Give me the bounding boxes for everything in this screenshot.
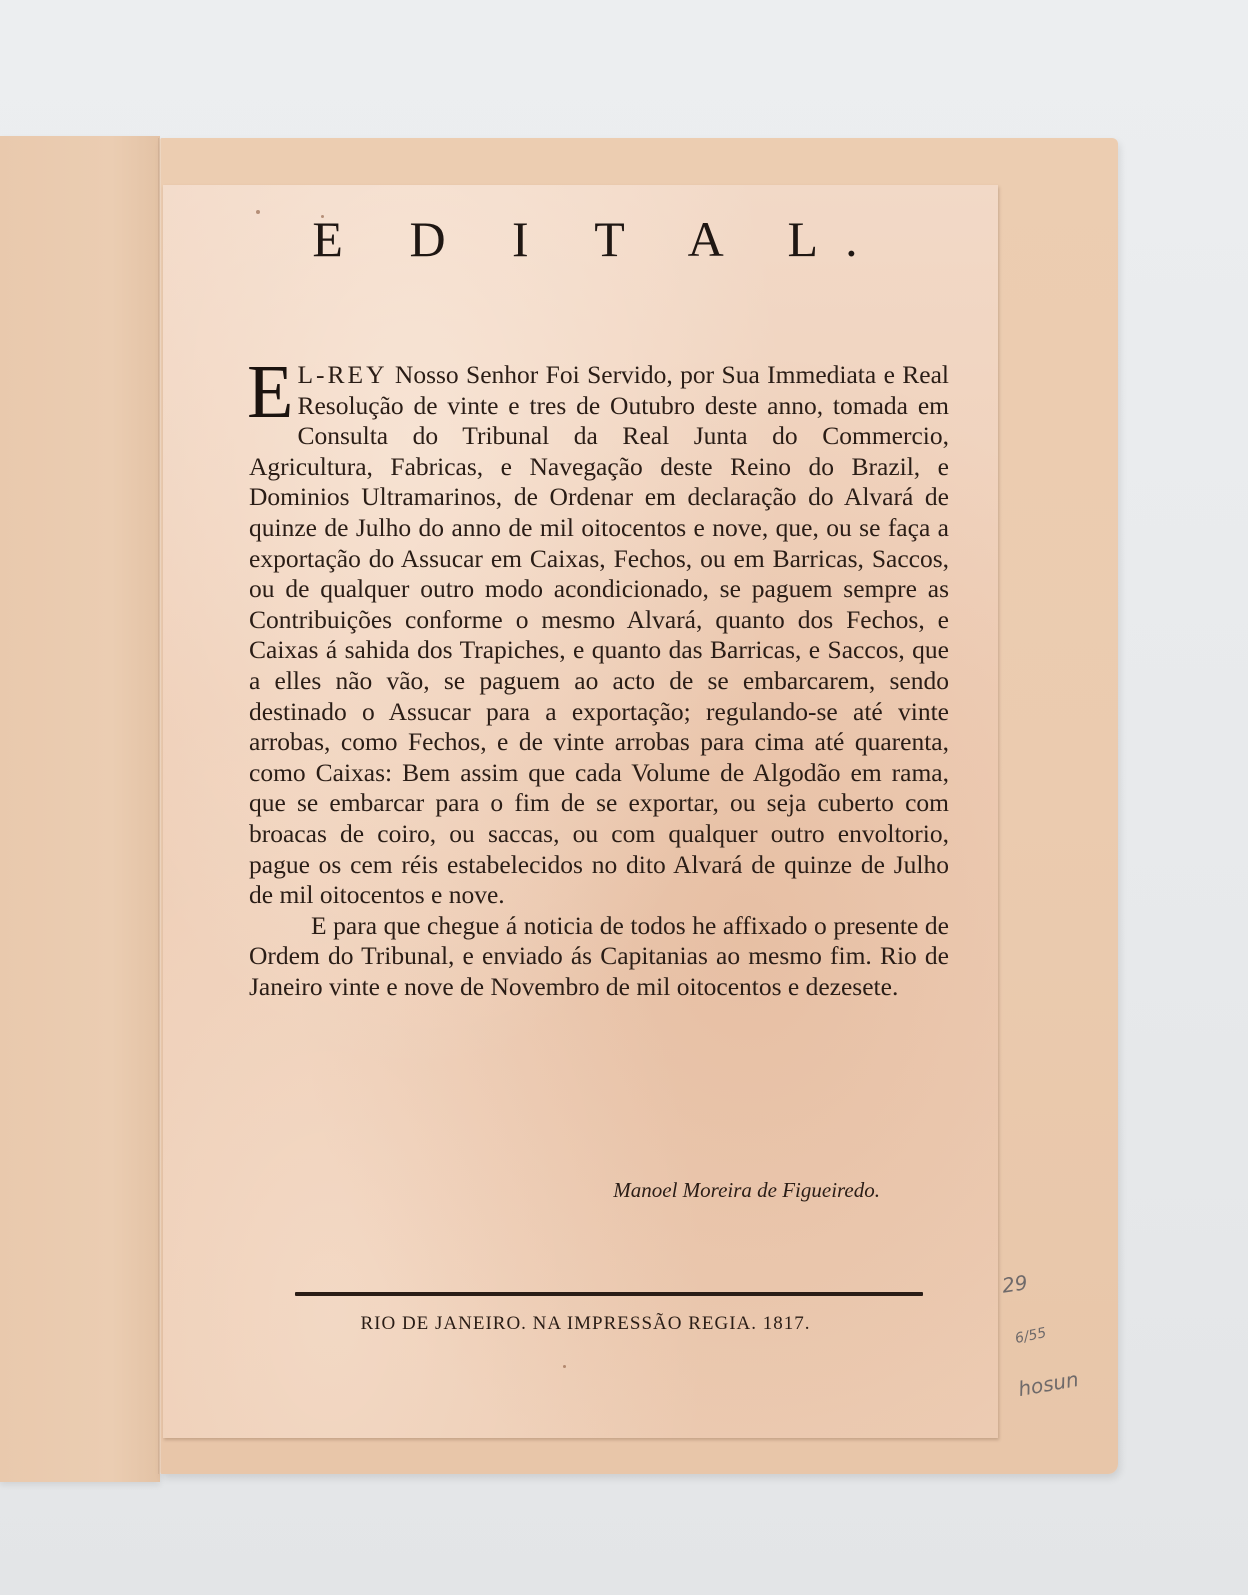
divider-rule <box>295 1292 923 1296</box>
paragraph-2: E para que chegue á noticia de todos he … <box>249 911 949 1003</box>
folder-crease <box>158 138 161 1474</box>
document-title: E D I T A L. <box>163 210 998 268</box>
printed-edict-sheet: E D I T A L. EL-REY Nosso Senhor Foi Ser… <box>163 185 998 1438</box>
lead-caps: L-REY <box>297 360 387 389</box>
paragraph-1: EL-REY Nosso Senhor Foi Servido, por Sua… <box>249 360 949 911</box>
pencil-note-1: 29 <box>1000 1270 1029 1297</box>
paper-speck <box>563 1365 566 1368</box>
folder-left-panel <box>0 136 160 1482</box>
signature: Manoel Moreira de Figueiredo. <box>163 1178 880 1203</box>
imprint-line: RIO DE JANEIRO. NA IMPRESSÃO REGIA. 1817… <box>163 1313 998 1335</box>
paragraph-1-text: Nosso Senhor Foi Servido, por Sua Immedi… <box>249 360 949 909</box>
document-body: EL-REY Nosso Senhor Foi Servido, por Sua… <box>249 360 949 1002</box>
drop-cap: E <box>247 362 293 422</box>
